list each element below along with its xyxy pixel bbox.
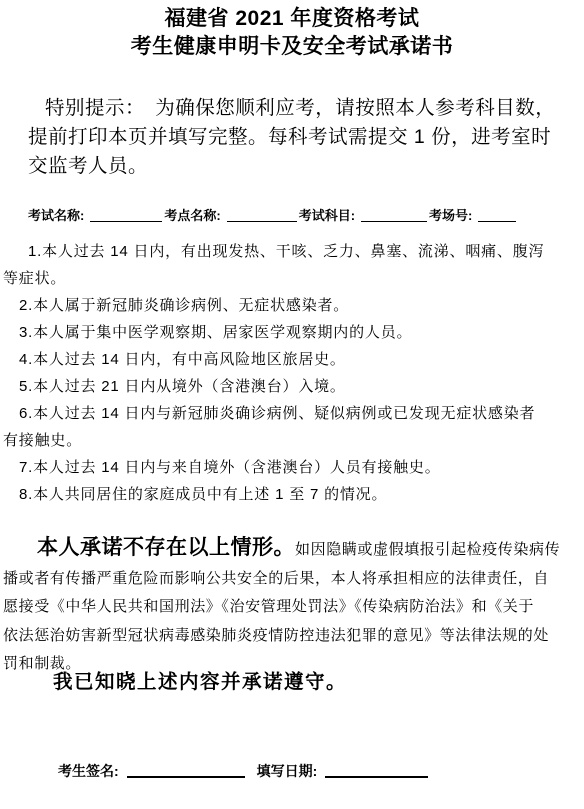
site-name-blank	[227, 208, 297, 222]
commitment-line: 本人承诺不存在以上情形。如因隐瞒或虚假填报引起检疫传染病传	[3, 534, 581, 565]
notice-line: 交监考人员。	[28, 152, 558, 181]
site-name-label: 考点名称:	[164, 208, 220, 223]
fill-date-blank	[325, 762, 428, 778]
list-item-line: 3.本人属于集中医学观察期、居家医学观察期内的人员。	[3, 319, 581, 346]
list-item-5: 5.本人过去 21 日内从境外（含港澳台）入境。	[3, 373, 581, 400]
commitment-line1-rest: 如因隐瞒或虚假填报引起检疫传染病传	[295, 541, 560, 558]
exam-name-label: 考试名称:	[28, 208, 84, 223]
signature-row: 考生签名:填写日期:	[58, 761, 584, 781]
list-item-1: 1.本人过去 14 日内，有出现发热、干咳、乏力、鼻塞、流涕、咽痛、腹泻 等症状…	[3, 238, 581, 292]
list-item-line: 4.本人过去 14 日内，有中高风险地区旅居史。	[3, 346, 581, 373]
candidate-signature-label: 考生签名:	[58, 763, 119, 779]
list-item-7: 7.本人过去 14 日内与来自境外（含港澳台）人员有接触史。	[3, 454, 581, 481]
commitment-line: 播或者有传播严重危险而影响公共安全的后果，本人将承担相应的法律责任，自	[3, 565, 581, 594]
list-item-line: 等症状。	[3, 265, 581, 292]
list-item-8: 8.本人共同居住的家庭成员中有上述 1 至 7 的情况。	[3, 481, 581, 508]
list-item-4: 4.本人过去 14 日内，有中高风险地区旅居史。	[3, 346, 581, 373]
acknowledgement-statement: 我已知晓上述内容并承诺遵守。	[53, 668, 584, 696]
exam-subject-blank	[361, 208, 427, 222]
special-notice-paragraph: 特别提示： 为确保您顺利应考，请按照本人参考科目数， 提前打印本页并填写完整。每…	[28, 94, 558, 181]
health-declaration-document: 福建省 2021 年度资格考试 考生健康申明卡及安全考试承诺书 特别提示： 为确…	[0, 0, 584, 809]
room-number-label: 考场号:	[429, 208, 472, 223]
room-number-blank	[478, 208, 516, 222]
commitment-paragraph: 本人承诺不存在以上情形。如因隐瞒或虚假填报引起检疫传染病传 播或者有传播严重危险…	[3, 534, 581, 679]
list-item-3: 3.本人属于集中医学观察期、居家医学观察期内的人员。	[3, 319, 581, 346]
commitment-line: 愿接受《中华人民共和国刑法》《治安管理处罚法》《传染病防治法》和《关于	[3, 593, 581, 622]
list-item-2: 2.本人属于新冠肺炎确诊病例、无症状感染者。	[3, 292, 581, 319]
exam-subject-label: 考试科目:	[299, 208, 355, 223]
document-title: 福建省 2021 年度资格考试 考生健康申明卡及安全考试承诺书	[0, 5, 584, 61]
condition-list: 1.本人过去 14 日内，有出现发热、干咳、乏力、鼻塞、流涕、咽痛、腹泻 等症状…	[3, 238, 581, 508]
commitment-lead-bold: 本人承诺不存在以上情形。	[37, 536, 295, 559]
title-line-1: 福建省 2021 年度资格考试	[0, 5, 584, 33]
candidate-signature-blank	[127, 762, 245, 778]
notice-line: 提前打印本页并填写完整。每科考试需提交 1 份，进考室时	[28, 123, 558, 152]
fill-date-label: 填写日期:	[257, 763, 318, 779]
exam-name-blank	[90, 208, 162, 222]
commitment-line: 依法惩治妨害新型冠状病毒感染肺炎疫情防控违法犯罪的意见》等法律法规的处	[3, 622, 581, 651]
list-item-line: 7.本人过去 14 日内与来自境外（含港澳台）人员有接触史。	[3, 454, 581, 481]
list-item-line: 1.本人过去 14 日内，有出现发热、干咳、乏力、鼻塞、流涕、咽痛、腹泻	[3, 238, 581, 265]
title-line-2: 考生健康申明卡及安全考试承诺书	[0, 33, 584, 61]
list-item-line: 6.本人过去 14 日内与新冠肺炎确诊病例、疑似病例或已发现无症状感染者	[3, 400, 581, 427]
list-item-6: 6.本人过去 14 日内与新冠肺炎确诊病例、疑似病例或已发现无症状感染者 有接触…	[3, 400, 581, 454]
notice-line: 特别提示： 为确保您顺利应考，请按照本人参考科目数，	[28, 94, 558, 123]
list-item-line: 8.本人共同居住的家庭成员中有上述 1 至 7 的情况。	[3, 481, 581, 508]
list-item-line: 2.本人属于新冠肺炎确诊病例、无症状感染者。	[3, 292, 581, 319]
list-item-line: 有接触史。	[3, 427, 581, 454]
exam-info-row: 考试名称:考点名称:考试科目:考场号:	[28, 207, 584, 225]
list-item-line: 5.本人过去 21 日内从境外（含港澳台）入境。	[3, 373, 581, 400]
